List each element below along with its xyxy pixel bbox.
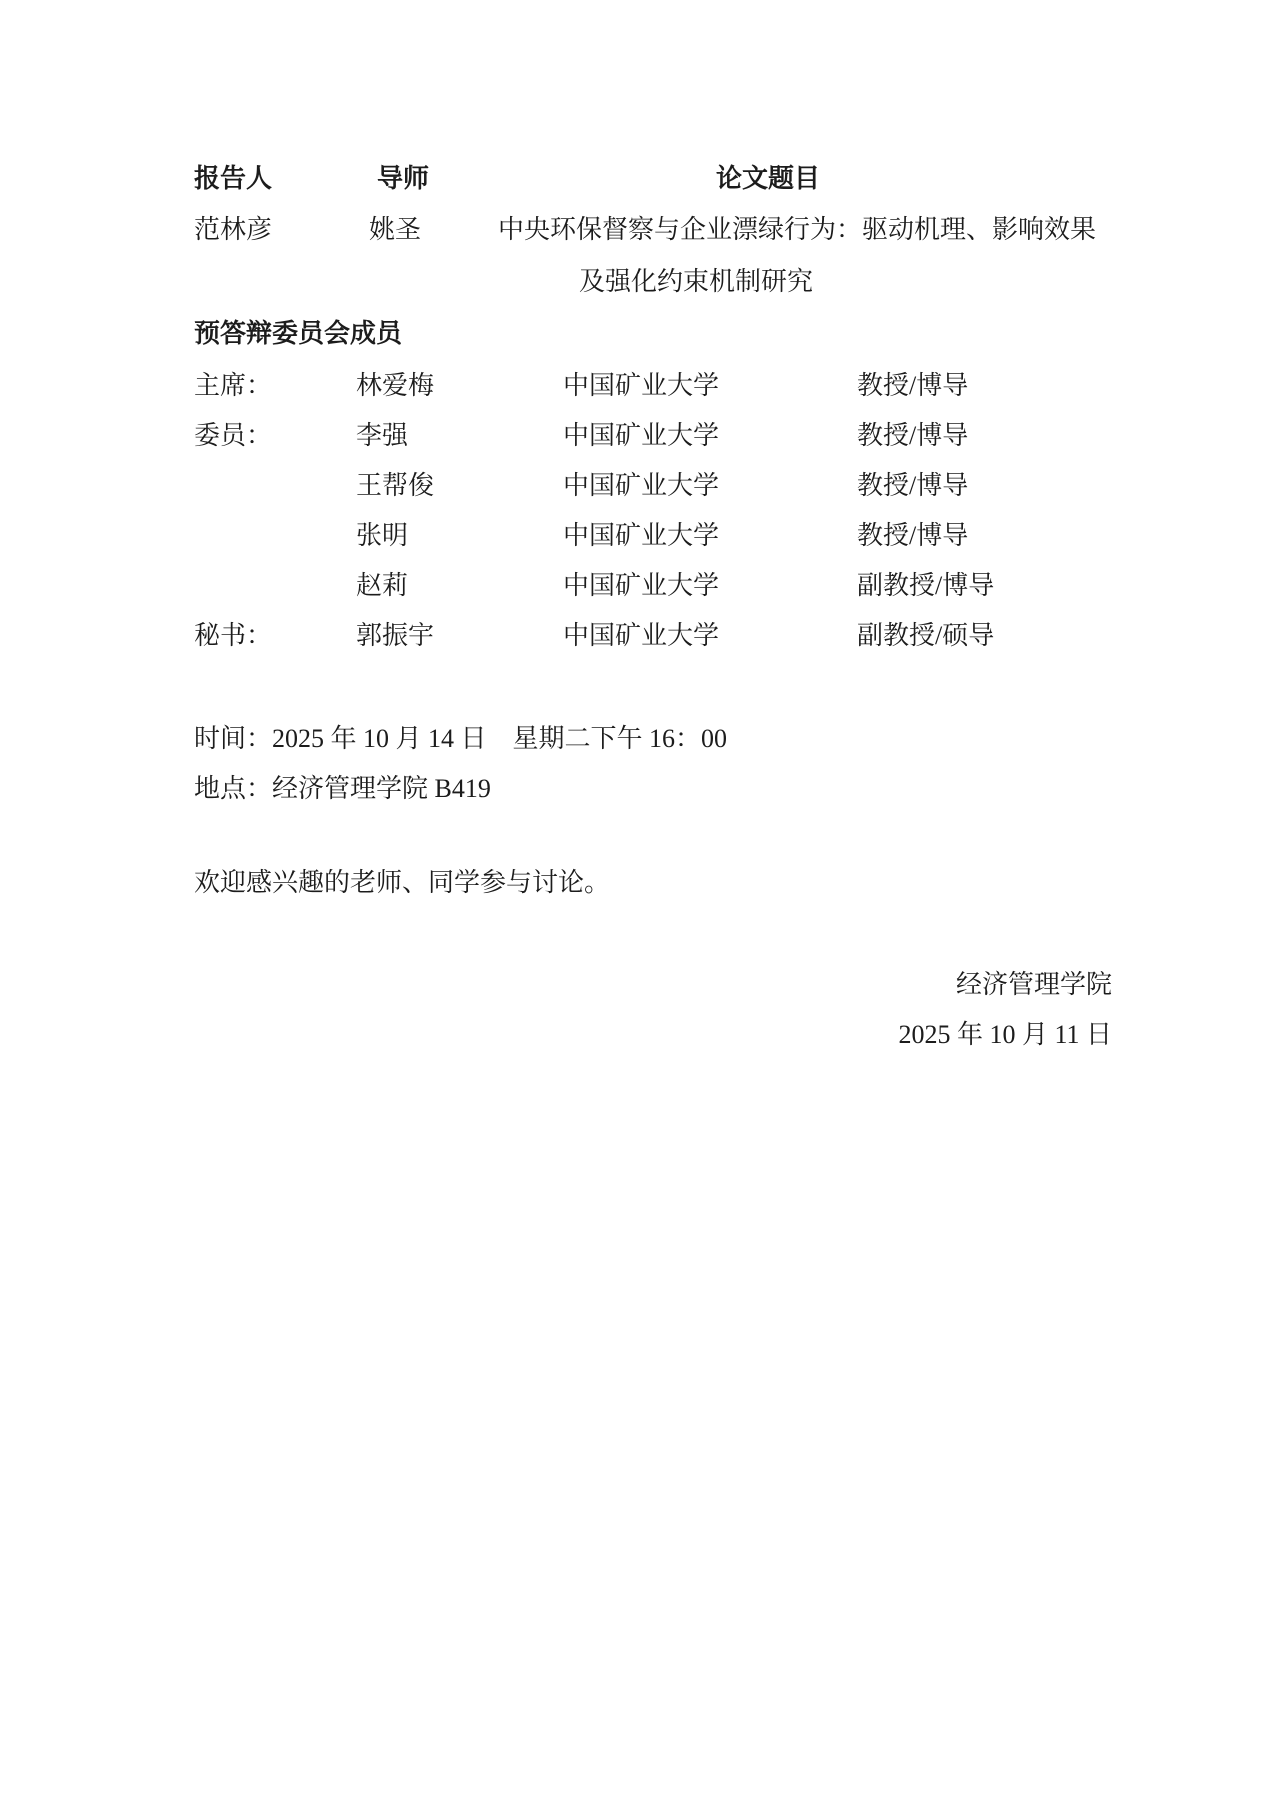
announcement-document: 报告人 导师 论文题目 范林彦 姚圣 中央环保督察与企业漂绿行为：驱动机理、影响… — [0, 0, 1280, 1811]
advisor-name: 姚圣 — [369, 214, 421, 246]
member-name: 林爱梅 — [356, 370, 434, 402]
committee-row: 赵莉 中国矿业大学 副教授/博导 — [0, 570, 1280, 602]
thesis-title-line1: 中央环保督察与企业漂绿行为：驱动机理、影响效果 — [498, 214, 1096, 246]
member-name: 张明 — [356, 520, 408, 552]
committee-row: 秘书： 郭振宇 中国矿业大学 副教授/硕导 — [0, 620, 1280, 652]
member-role: 秘书： — [194, 620, 272, 652]
member-title: 副教授/博导 — [857, 570, 994, 602]
location-label: 地点： — [194, 774, 272, 803]
table-header-row: 报告人 导师 论文题目 — [0, 163, 1280, 195]
committee-row: 王帮俊 中国矿业大学 教授/博导 — [0, 470, 1280, 502]
member-affiliation: 中国矿业大学 — [563, 470, 719, 502]
member-role: 委员： — [194, 420, 272, 452]
member-name: 郭振宇 — [356, 620, 434, 652]
member-name: 赵莉 — [356, 570, 408, 602]
member-title: 教授/博导 — [857, 420, 968, 452]
committee-row: 委员： 李强 中国矿业大学 教授/博导 — [0, 420, 1280, 452]
committee-heading: 预答辩委员会成员 — [194, 318, 402, 350]
thesis-title-line2: 及强化约束机制研究 — [579, 266, 813, 298]
time-value: 2025 年 10 月 14 日 星期二下午 16：00 — [272, 724, 727, 753]
member-title: 副教授/硕导 — [857, 620, 994, 652]
member-affiliation: 中国矿业大学 — [563, 520, 719, 552]
welcome-line: 欢迎感兴趣的老师、同学参与讨论。 — [194, 867, 610, 899]
committee-row: 张明 中国矿业大学 教授/博导 — [0, 520, 1280, 552]
member-title: 教授/博导 — [857, 470, 968, 502]
member-role: 主席： — [194, 370, 272, 402]
location-line: 地点：经济管理学院 B419 — [194, 773, 491, 805]
member-title: 教授/博导 — [857, 370, 968, 402]
member-affiliation: 中国矿业大学 — [563, 570, 719, 602]
signature-block: 经济管理学院 2025 年 10 月 11 日 — [898, 969, 1112, 1051]
presenter-name: 范林彦 — [194, 214, 272, 246]
signature-org: 经济管理学院 — [898, 969, 1112, 1001]
member-affiliation: 中国矿业大学 — [563, 420, 719, 452]
presenter-row: 范林彦 姚圣 中央环保督察与企业漂绿行为：驱动机理、影响效果 — [0, 214, 1280, 246]
member-title: 教授/博导 — [857, 520, 968, 552]
member-name: 王帮俊 — [356, 470, 434, 502]
member-affiliation: 中国矿业大学 — [563, 370, 719, 402]
time-line: 时间：2025 年 10 月 14 日 星期二下午 16：00 — [194, 723, 727, 755]
committee-row: 主席： 林爱梅 中国矿业大学 教授/博导 — [0, 370, 1280, 402]
member-name: 李强 — [356, 420, 408, 452]
header-presenter: 报告人 — [194, 163, 272, 195]
header-advisor: 导师 — [377, 163, 429, 195]
time-label: 时间： — [194, 724, 272, 753]
location-value: 经济管理学院 B419 — [272, 774, 491, 803]
member-affiliation: 中国矿业大学 — [563, 620, 719, 652]
signature-date: 2025 年 10 月 11 日 — [898, 1019, 1112, 1051]
header-thesis-title: 论文题目 — [716, 163, 820, 195]
